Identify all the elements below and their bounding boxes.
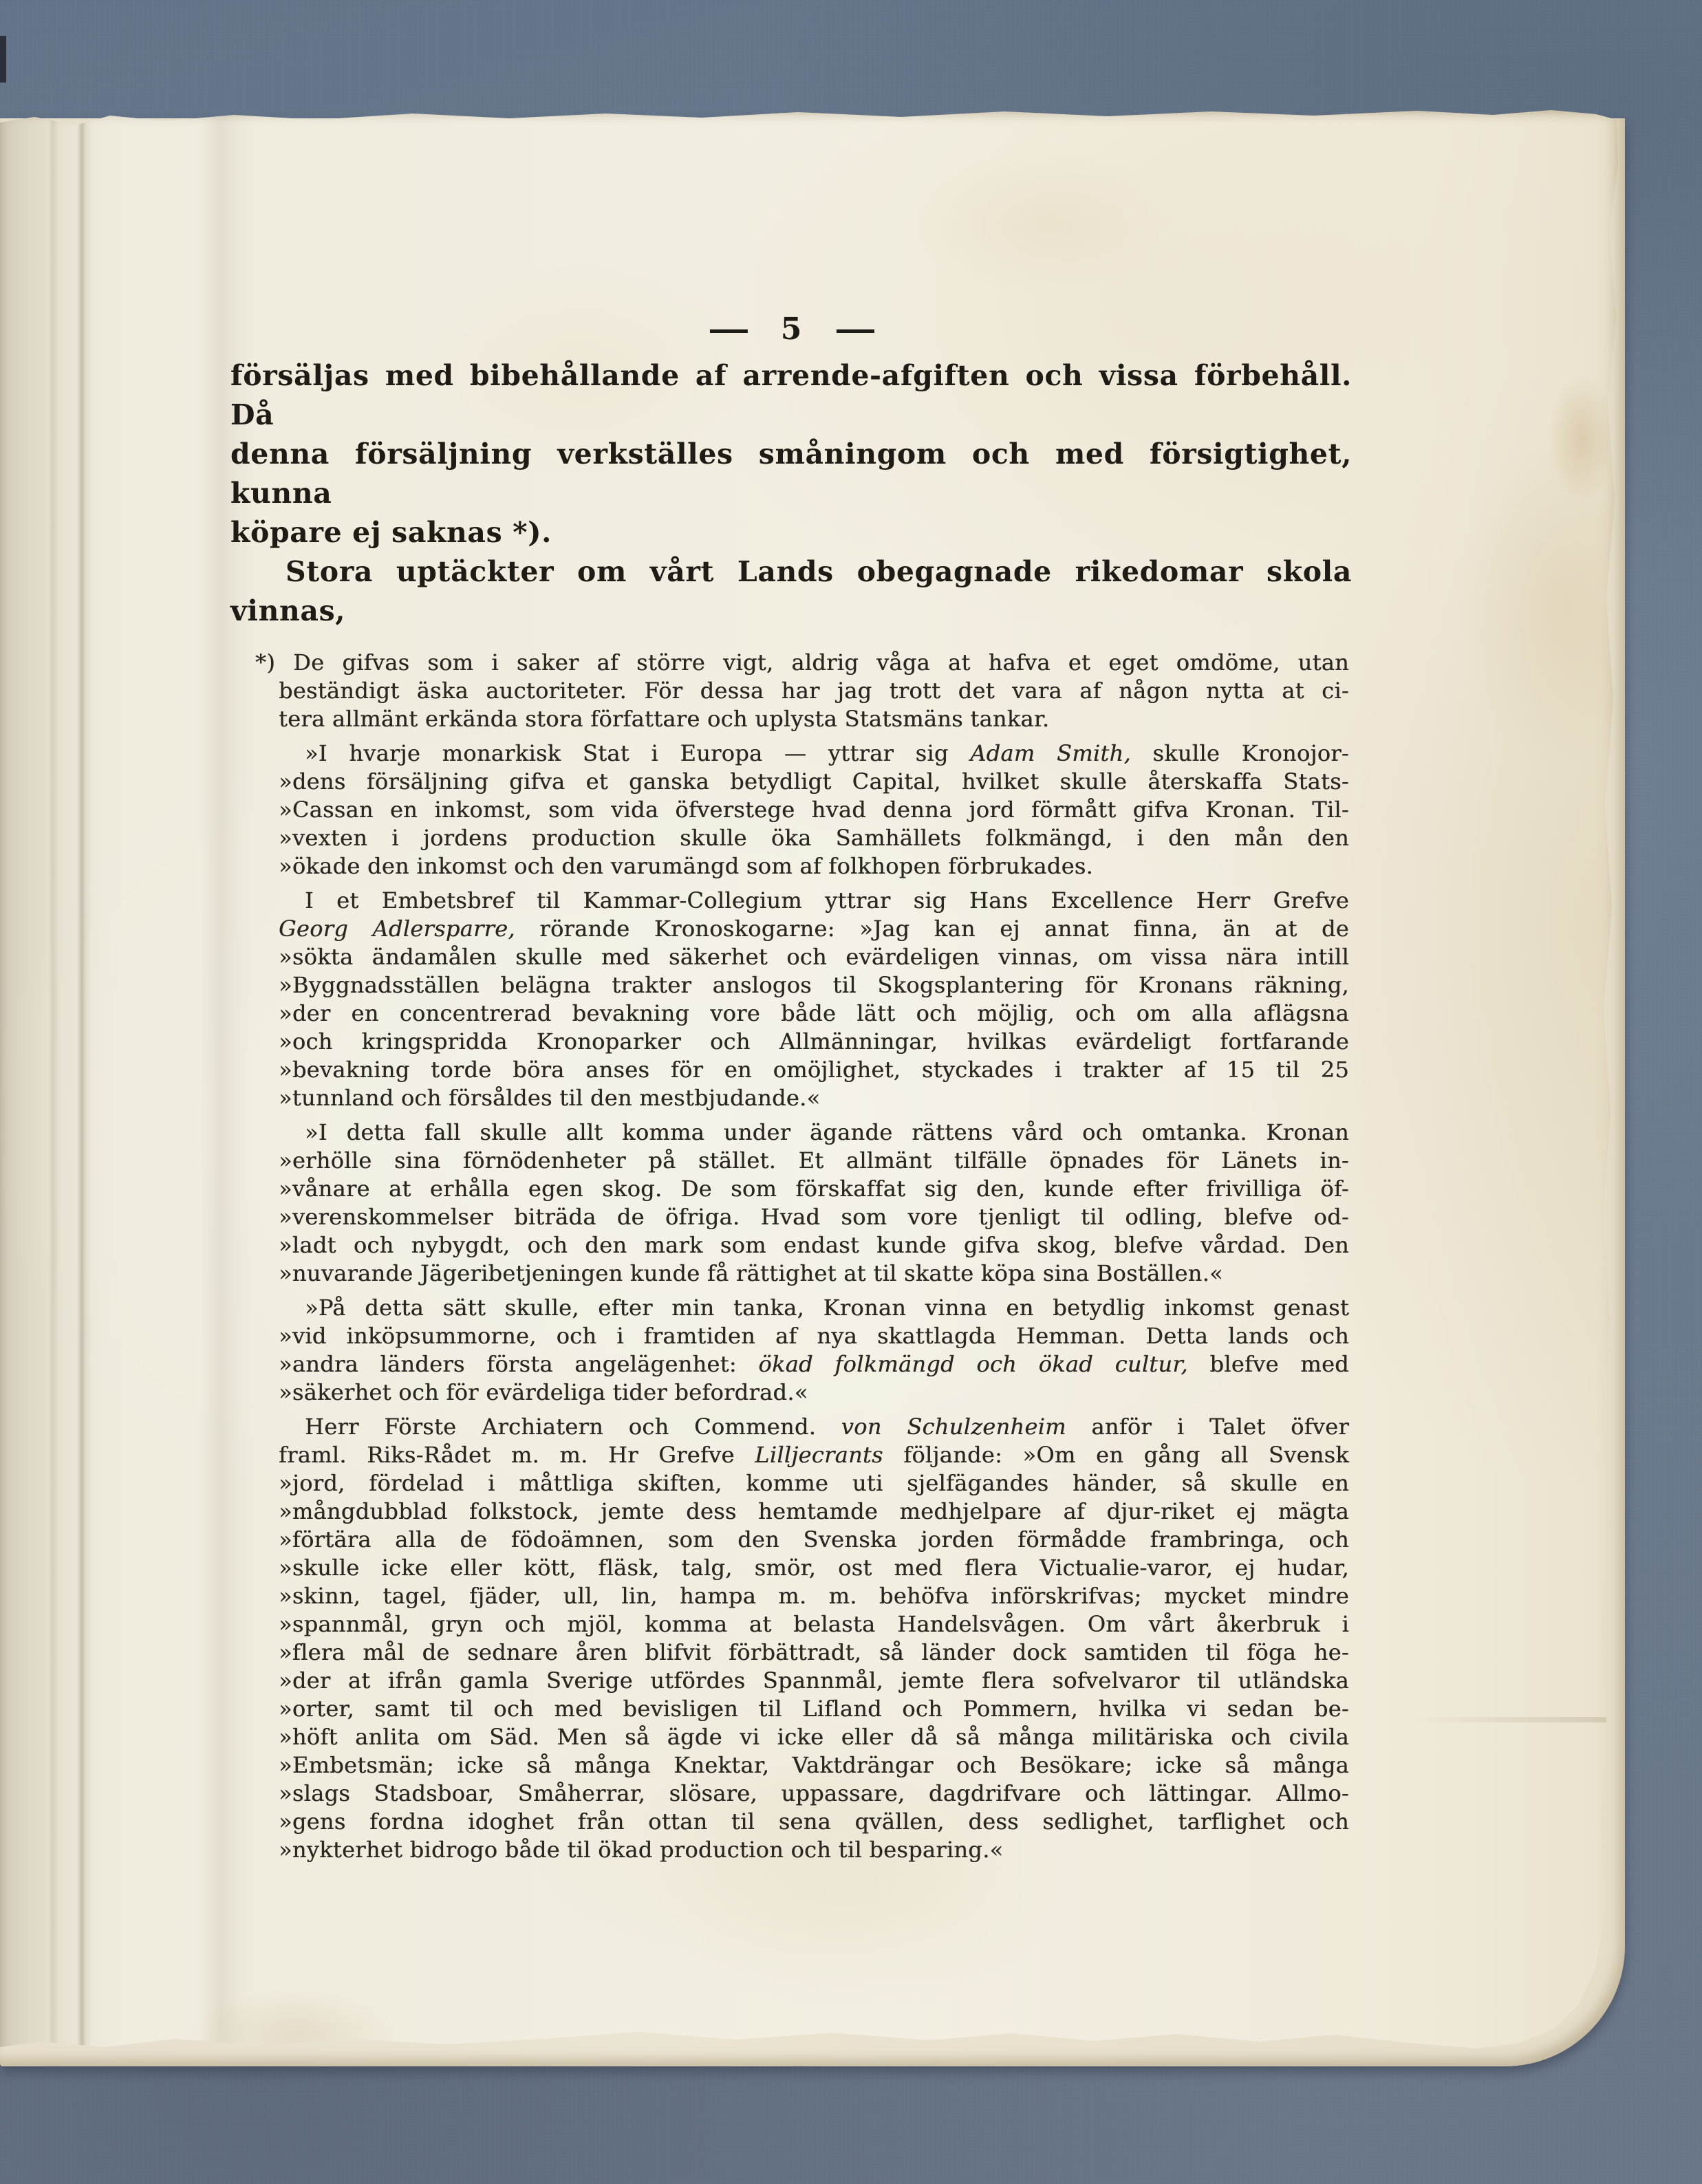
text-segment: »slags Stadsboar, Småherrar, slösare, up…: [279, 1780, 1349, 1806]
footnote-text: *) De gifvas som i saker af större vigt,…: [279, 649, 1349, 1864]
text-segment: »vexten i jordens production skulle öka …: [279, 825, 1349, 851]
text-line: »förtära alla de födoämnen, som den Sven…: [279, 1526, 1349, 1554]
text-segment: »sökta ändamålen skulle med säkerhet och…: [279, 944, 1349, 970]
text-segment: »orter, samt til och med bevisligen til …: [279, 1696, 1349, 1722]
italic-text-segment: Georg Adlersparre,: [279, 916, 515, 942]
text-segment: »nuvarande Jägeribetjeningen kunde få rä…: [279, 1260, 1223, 1286]
text-segment: »Embetsmän; icke så många Knektar, Vaktd…: [279, 1752, 1349, 1778]
paragraph: *) De gifvas som i saker af större vigt,…: [279, 649, 1349, 733]
text-line: »ökade den inkomst och den varumängd som…: [279, 852, 1349, 880]
page-number-value: 5: [781, 312, 802, 347]
italic-text-segment: von Schulzenheim: [841, 1414, 1066, 1440]
italic-text-segment: Adam Smith,: [970, 740, 1131, 766]
horizontal-crease: [1408, 1717, 1621, 1722]
printed-text-block: — 5 — försäljas med bibehållande af arre…: [230, 307, 1352, 1864]
italic-text-segment: Lilljecrants: [755, 1442, 883, 1468]
text-line: »och kringspridda Kronoparker och Allmän…: [279, 1028, 1349, 1056]
text-line: denna försäljning verkställes småningom …: [230, 435, 1352, 513]
text-segment: framl. Riks-Rådet m. m. Hr Grefve: [279, 1442, 755, 1468]
text-segment: »tunnland och försåldes til den mestbjud…: [279, 1085, 820, 1111]
text-line: »skulle icke eller kött, fläsk, talg, sm…: [279, 1554, 1349, 1582]
paragraph: försäljas med bibehållande af arrende-af…: [230, 356, 1352, 552]
text-line: Stora uptäckter om vårt Lands obegagnade…: [230, 552, 1352, 631]
text-segment: »der at ifrån gamla Sverige utfördes Spa…: [279, 1667, 1349, 1694]
text-segment: blefve med: [1188, 1351, 1349, 1377]
text-line: »verenskommelser biträda de öfriga. Hvad…: [279, 1203, 1349, 1231]
text-line: »bevakning torde böra anses för en omöjl…: [279, 1056, 1349, 1084]
text-line: »nuvarande Jägeribetjeningen kunde få rä…: [279, 1259, 1349, 1288]
text-segment: »mångdubblad folkstock, jemte dess hemta…: [279, 1498, 1349, 1524]
text-line: »andra länders första angelägenhet: ökad…: [279, 1350, 1349, 1378]
text-segment: »spannmål, gryn och mjöl, komma at belas…: [279, 1611, 1349, 1637]
text-segment: »erhölle sina förnödenheter på stället. …: [279, 1147, 1349, 1174]
text-segment: »andra länders första angelägenhet:: [279, 1351, 758, 1377]
text-line: »orter, samt til och med bevisligen til …: [279, 1695, 1349, 1723]
text-line: »dens försäljning gifva et ganska betydl…: [279, 768, 1349, 796]
text-line: »Byggnadsställen belägna trakter anslogo…: [279, 971, 1349, 999]
text-line: »höft anlita om Säd. Men så ägde vi icke…: [279, 1723, 1349, 1751]
text-line: »vånare at erhålla egen skog. De som för…: [279, 1175, 1349, 1203]
text-line: »erhölle sina förnödenheter på stället. …: [279, 1147, 1349, 1175]
page-number-dash-left: —: [707, 312, 748, 347]
text-line: »jord, fördelad i måttliga skiften, komm…: [279, 1469, 1349, 1498]
text-line: »På detta sätt skulle, efter min tanka, …: [279, 1294, 1349, 1322]
text-segment: »I detta fall skulle allt komma under äg…: [305, 1119, 1349, 1145]
text-segment: rörande Kronoskogarne: »Jag kan ej annat…: [515, 916, 1349, 942]
text-segment: skulle Kronojor-: [1131, 740, 1349, 766]
text-segment: »Byggnadsställen belägna trakter anslogo…: [279, 972, 1349, 998]
text-segment: »bevakning torde böra anses för en omöjl…: [279, 1057, 1349, 1083]
text-line: »mångdubblad folkstock, jemte dess hemta…: [279, 1498, 1349, 1526]
text-segment: »nykterhet bidrogo både til ökad product…: [279, 1837, 1003, 1863]
text-segment: »ökade den inkomst och den varumängd som…: [279, 853, 1093, 879]
text-segment: köpare ej saknas *).: [230, 516, 552, 549]
text-segment: »På detta sätt skulle, efter min tanka, …: [305, 1295, 1349, 1321]
text-line: »I detta fall skulle allt komma under äg…: [279, 1118, 1349, 1147]
text-line: »der at ifrån gamla Sverige utfördes Spa…: [279, 1667, 1349, 1695]
text-segment: »der en concentrerad bevakning vore både…: [279, 1000, 1349, 1026]
text-line: köpare ej saknas *).: [230, 513, 1352, 552]
text-segment: »vid inköpsummorne, och i framtiden af n…: [279, 1323, 1349, 1349]
text-segment: »dens försäljning gifva et ganska betydl…: [279, 768, 1349, 794]
text-line: tera allmänt erkända stora författare oc…: [279, 705, 1349, 733]
scan-edge-notch: [0, 36, 6, 83]
text-segment: »flera mål de sednare åren blifvit förbä…: [279, 1639, 1349, 1665]
paragraph: I et Embetsbref til Kammar-Collegium ytt…: [279, 887, 1349, 1112]
page-number-dash-right: —: [834, 312, 875, 347]
paragraph: Stora uptäckter om vårt Lands obegagnade…: [230, 552, 1352, 631]
text-line: »Cassan en inkomst, som vida öfverstege …: [279, 796, 1349, 824]
text-segment: »skulle icke eller kött, fläsk, talg, sm…: [279, 1555, 1349, 1581]
text-line: beständigt äska auctoriteter. För dessa …: [279, 677, 1349, 705]
paragraph: »I hvarje monarkisk Stat i Europa — yttr…: [279, 739, 1349, 880]
text-segment: Stora uptäckter om vårt Lands obegagnade…: [230, 555, 1352, 627]
text-line: framl. Riks-Rådet m. m. Hr Grefve Lillje…: [279, 1441, 1349, 1469]
text-line: »spannmål, gryn och mjöl, komma at belas…: [279, 1610, 1349, 1639]
text-segment: »I hvarje monarkisk Stat i Europa — yttr…: [305, 740, 970, 766]
italic-text-segment: ökad folkmängd och ökad cultur,: [758, 1351, 1187, 1377]
text-line: »Embetsmän; icke så många Knektar, Vaktd…: [279, 1751, 1349, 1780]
text-segment: »ladt och nybygdt, och den mark som enda…: [279, 1232, 1349, 1258]
text-segment: »förtära alla de födoämnen, som den Sven…: [279, 1526, 1349, 1553]
text-line: I et Embetsbref til Kammar-Collegium ytt…: [279, 887, 1349, 915]
text-line: »slags Stadsboar, Småherrar, slösare, up…: [279, 1780, 1349, 1808]
text-line: »skinn, tagel, fjäder, ull, lin, hampa m…: [279, 1582, 1349, 1610]
text-line: Herr Förste Archiatern och Commend. von …: [279, 1413, 1349, 1441]
text-segment: »vånare at erhålla egen skog. De som för…: [279, 1176, 1349, 1202]
text-segment: »säkerhet och för evärdeliga tider befor…: [279, 1379, 808, 1405]
text-line: Georg Adlersparre, rörande Kronoskogarne…: [279, 915, 1349, 943]
book-page: — 5 — försäljas med bibehållande af arre…: [0, 109, 1621, 2062]
text-segment: »gens fordna idoghet från ottan til sena…: [279, 1808, 1349, 1835]
text-segment: »skinn, tagel, fjäder, ull, lin, hampa m…: [279, 1583, 1349, 1609]
paragraph: »På detta sätt skulle, efter min tanka, …: [279, 1294, 1349, 1407]
paragraph: Herr Förste Archiatern och Commend. von …: [279, 1413, 1349, 1864]
text-line: *) De gifvas som i saker af större vigt,…: [255, 649, 1349, 677]
text-segment: *) De gifvas som i saker af större vigt,…: [255, 649, 1349, 675]
text-segment: »verenskommelser biträda de öfriga. Hvad…: [279, 1204, 1349, 1230]
text-segment: »Cassan en inkomst, som vida öfverstege …: [279, 797, 1349, 823]
text-line: »gens fordna idoghet från ottan til sena…: [279, 1808, 1349, 1836]
text-segment: följande: »Om en gång all Svensk: [883, 1442, 1349, 1468]
text-line: »sökta ändamålen skulle med säkerhet och…: [279, 943, 1349, 971]
text-line: »vid inköpsummorne, och i framtiden af n…: [279, 1322, 1349, 1350]
text-segment: denna försäljning verkställes småningom …: [230, 437, 1352, 510]
text-segment: Herr Förste Archiatern och Commend.: [305, 1414, 841, 1440]
text-segment: tera allmänt erkända stora författare oc…: [279, 706, 1049, 732]
text-line: »vexten i jordens production skulle öka …: [279, 824, 1349, 852]
scan-scene: { "page": { "number": "5", "dash": "—" }…: [0, 0, 1702, 2184]
text-segment: beständigt äska auctoriteter. För dessa …: [279, 678, 1349, 704]
text-line: »I hvarje monarkisk Stat i Europa — yttr…: [279, 739, 1349, 768]
text-line: »nykterhet bidrogo både til ökad product…: [279, 1836, 1349, 1864]
text-line: »säkerhet och för evärdeliga tider befor…: [279, 1378, 1349, 1407]
main-text: försäljas med bibehållande af arrende-af…: [230, 356, 1352, 631]
text-segment: »jord, fördelad i måttliga skiften, komm…: [279, 1470, 1349, 1496]
text-line: »flera mål de sednare åren blifvit förbä…: [279, 1639, 1349, 1667]
text-segment: »höft anlita om Säd. Men så ägde vi icke…: [279, 1724, 1349, 1750]
text-line: »der en concentrerad bevakning vore både…: [279, 999, 1349, 1028]
page-number: — 5 —: [230, 307, 1352, 351]
text-segment: »och kringspridda Kronoparker och Allmän…: [279, 1028, 1349, 1055]
text-line: »tunnland och försåldes til den mestbjud…: [279, 1084, 1349, 1112]
text-line: »ladt och nybygdt, och den mark som enda…: [279, 1231, 1349, 1259]
text-segment: I et Embetsbref til Kammar-Collegium ytt…: [305, 887, 1349, 913]
paragraph: »I detta fall skulle allt komma under äg…: [279, 1118, 1349, 1288]
text-segment: anför i Talet öfver: [1066, 1414, 1349, 1440]
text-segment: försäljas med bibehållande af arrende-af…: [230, 359, 1352, 431]
text-line: försäljas med bibehållande af arrende-af…: [230, 356, 1352, 435]
